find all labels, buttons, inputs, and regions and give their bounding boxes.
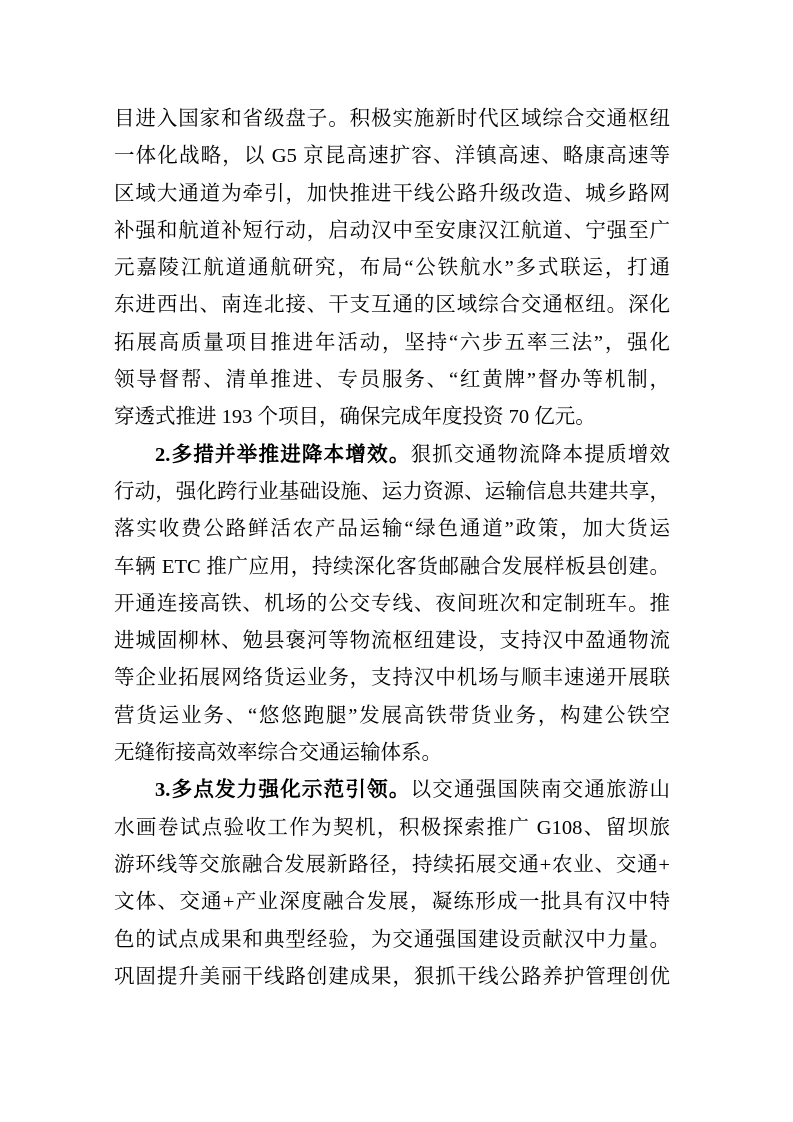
- text-line: 车辆 ETC 推广应用，持续深化客货邮融合发展样板县创建。: [114, 549, 670, 586]
- body-text: 穿透式推进 193 个项目，确保完成年度投资 70 亿元。: [114, 406, 596, 428]
- body-text: 领导督帮、清单推进、专员服务、“红黄牌”督办等机制，: [114, 369, 670, 391]
- text-line: 东进西出、南连北接、干支互通的区域综合交通枢纽。深化: [114, 287, 670, 324]
- body-text: 行动，强化跨行业基础设施、运力资源、运输信息共建共享，: [114, 481, 670, 503]
- text-line: 进城固柳林、勉县褒河等物流枢纽建设，支持汉中盈通物流: [114, 623, 670, 660]
- body-text: 目进入国家和省级盘子。积极实施新时代区域综合交通枢纽: [114, 108, 670, 130]
- body-text: 巩固提升美丽干线路创建成果，狠抓干线公路养护管理创优: [114, 966, 670, 988]
- text-line: 行动，强化跨行业基础设施、运力资源、运输信息共建共享，: [114, 474, 670, 511]
- section-heading: 3.多点发力强化示范引领。: [155, 779, 411, 801]
- text-line: 领导督帮、清单推进、专员服务、“红黄牌”督办等机制，: [114, 362, 670, 399]
- body-text: 一体化战略，以 G5 京昆高速扩容、洋镇高速、略康高速等: [114, 145, 670, 167]
- body-text: 补强和航道补短行动，启动汉中至安康汉江航道、宁强至广: [114, 220, 670, 242]
- text-line: 拓展高质量项目推进年活动，坚持“六步五率三法”，强化: [114, 325, 670, 362]
- body-text: 营货运业务、“悠悠跑腿”发展高铁带货业务，构建公铁空: [114, 705, 670, 727]
- body-text: 元嘉陵江航道通航研究，布局“公铁航水”多式联运，打通: [114, 257, 670, 279]
- document-body: 目进入国家和省级盘子。积极实施新时代区域综合交通枢纽一体化战略，以 G5 京昆高…: [114, 101, 670, 996]
- text-line: 文体、交通+产业深度融合发展，凝练形成一批具有汉中特: [114, 884, 670, 921]
- body-text: 拓展高质量项目推进年活动，坚持“六步五率三法”，强化: [114, 332, 670, 354]
- body-text: 色的试点成果和典型经验，为交通强国建设贡献汉中力量。: [114, 929, 670, 951]
- body-text: 以交通强国陕南交通旅游山: [411, 779, 670, 801]
- body-text: 东进西出、南连北接、干支互通的区域综合交通枢纽。深化: [114, 294, 670, 316]
- body-text: 文体、交通+产业深度融合发展，凝练形成一批具有汉中特: [114, 891, 670, 913]
- text-line: 区域大通道为牵引，加快推进干线公路升级改造、城乡路网: [114, 176, 670, 213]
- text-line: 元嘉陵江航道通航研究，布局“公铁航水”多式联运，打通: [114, 250, 670, 287]
- body-text: 水画卷试点验收工作为契机，积极探索推广 G108、留坝旅: [114, 817, 670, 839]
- body-text: 无缝衔接高效率综合交通运输体系。: [114, 742, 442, 764]
- text-line: 开通连接高铁、机场的公交专线、夜间班次和定制班车。推: [114, 586, 670, 623]
- paragraph-lead-line: 3.多点发力强化示范引领。以交通强国陕南交通旅游山: [114, 772, 670, 809]
- body-text: 车辆 ETC 推广应用，持续深化客货邮融合发展样板县创建。: [114, 556, 670, 578]
- text-line: 一体化战略，以 G5 京昆高速扩容、洋镇高速、略康高速等: [114, 138, 670, 175]
- text-line: 目进入国家和省级盘子。积极实施新时代区域综合交通枢纽: [114, 101, 670, 138]
- text-line: 等企业拓展网络货运业务，支持汉中机场与顺丰速递开展联: [114, 660, 670, 697]
- document-page: 目进入国家和省级盘子。积极实施新时代区域综合交通枢纽一体化战略，以 G5 京昆高…: [0, 0, 793, 1122]
- text-line: 补强和航道补短行动，启动汉中至安康汉江航道、宁强至广: [114, 213, 670, 250]
- text-line: 水画卷试点验收工作为契机，积极探索推广 G108、留坝旅: [114, 810, 670, 847]
- text-line: 落实收费公路鲜活农产品运输“绿色通道”政策，加大货运: [114, 511, 670, 548]
- body-text: 进城固柳林、勉县褒河等物流枢纽建设，支持汉中盈通物流: [114, 630, 670, 652]
- body-text: 落实收费公路鲜活农产品运输“绿色通道”政策，加大货运: [114, 518, 670, 540]
- body-text: 狠抓交通物流降本提质增效: [411, 444, 670, 466]
- body-text: 游环线等交旅融合发展新路径，持续拓展交通+农业、交通+: [114, 854, 670, 876]
- text-line: 穿透式推进 193 个项目，确保完成年度投资 70 亿元。: [114, 399, 670, 436]
- paragraph-lead-line: 2.多措并举推进降本增效。狠抓交通物流降本提质增效: [114, 437, 670, 474]
- body-text: 等企业拓展网络货运业务，支持汉中机场与顺丰速递开展联: [114, 667, 670, 689]
- text-line: 色的试点成果和典型经验，为交通强国建设贡献汉中力量。: [114, 922, 670, 959]
- section-heading: 2.多措并举推进降本增效。: [155, 444, 411, 466]
- text-line: 游环线等交旅融合发展新路径，持续拓展交通+农业、交通+: [114, 847, 670, 884]
- text-line: 巩固提升美丽干线路创建成果，狠抓干线公路养护管理创优: [114, 959, 670, 996]
- text-line: 无缝衔接高效率综合交通运输体系。: [114, 735, 670, 772]
- body-text: 区域大通道为牵引，加快推进干线公路升级改造、城乡路网: [114, 183, 670, 205]
- body-text: 开通连接高铁、机场的公交专线、夜间班次和定制班车。推: [114, 593, 670, 615]
- text-line: 营货运业务、“悠悠跑腿”发展高铁带货业务，构建公铁空: [114, 698, 670, 735]
